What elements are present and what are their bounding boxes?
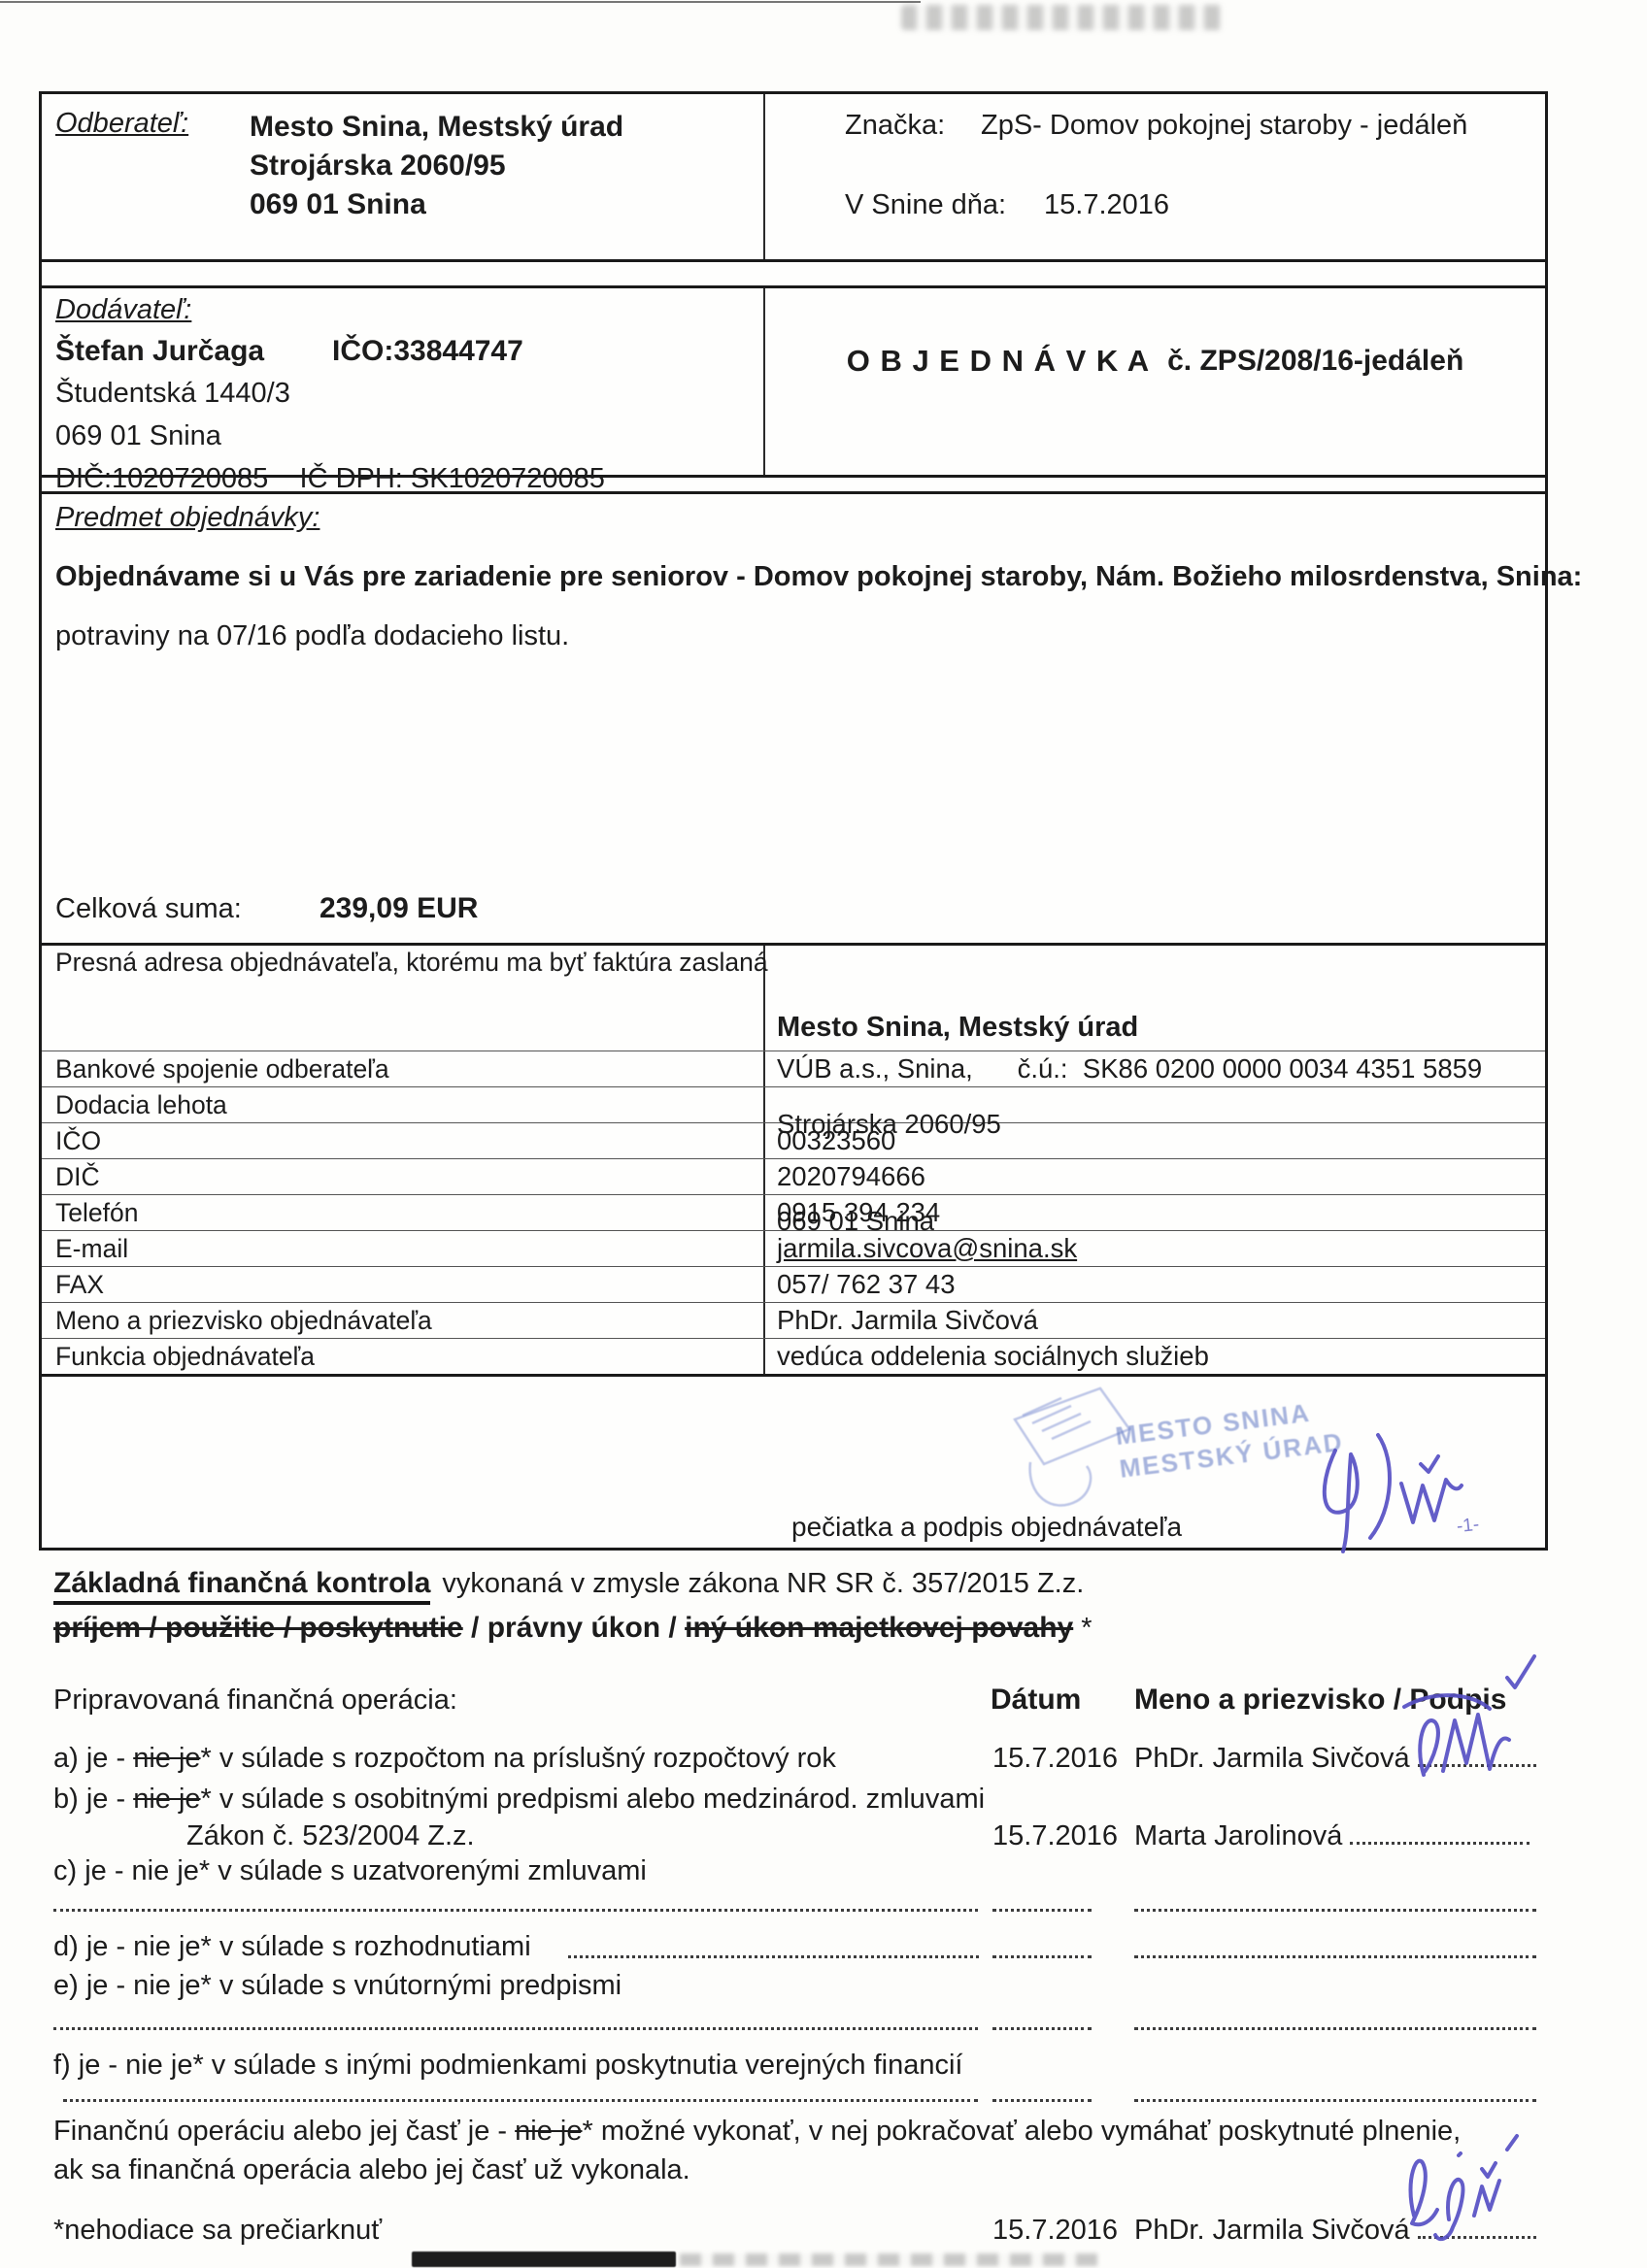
reference-cell: Značka: ZpS- Domov pokojnej staroby - je… (765, 94, 1545, 259)
total-label: Celková suma: (55, 893, 319, 925)
order-title-cell: O B J E D N Á V K A č. ZPS/208/16-jedále… (765, 288, 1545, 475)
order-title: O B J E D N Á V K A (847, 344, 1150, 379)
dotted-line (1134, 2099, 1536, 2102)
subject-label: Predmet objednávky: (55, 502, 319, 534)
signature-dotted-line (1350, 1838, 1529, 1845)
control-item-d: d) je - nie je* v súlade s rozhodnutiami (53, 1928, 531, 1965)
control-item-f: f) je - nie je* v súlade s inými podmien… (53, 2047, 962, 2084)
email-value: jarmila.sivcova@snina.sk (765, 1231, 1545, 1266)
dotted-line (992, 1955, 1092, 1958)
invoice-address-name: Mesto Snina, Mestský úrad (777, 1010, 1539, 1045)
control-item-a: a) je - nie je* v súlade s rozpočtom na … (53, 1740, 836, 1777)
table-row-ico: IČO 00323560 (42, 1123, 1545, 1159)
customer-label: Odberateľ: (55, 108, 188, 139)
scan-artifact-bottom-smudge (680, 2253, 1097, 2266)
table-row-orderer-function: Funkcia objednávateľa vedúca oddelenia s… (42, 1339, 1545, 1374)
table-row-invoice-address: Presná adresa objednávateľa, ktorému ma … (42, 946, 1545, 1051)
customer-name: Mesto Snina, Mestský úrad (250, 108, 623, 147)
table-row-phone: Telefón 0915 394 234 (42, 1195, 1545, 1231)
control-heading-rest: vykonaná v zmysle zákona NR SR č. 357/20… (442, 1568, 1084, 1599)
reference-label: Značka: (845, 108, 981, 143)
dotted-line (992, 2027, 1092, 2030)
table-row-email: E-mail jarmila.sivcova@snina.sk (42, 1231, 1545, 1267)
supplier-name: Štefan Jurčaga (55, 333, 332, 369)
sign-b-name: Marta Jarolinová (1134, 1818, 1529, 1854)
scan-artifact-bottom-bar (412, 2251, 676, 2267)
subject-line2: potraviny na 07/16 podľa dodacieho listu… (55, 620, 1531, 652)
customer-section: Odberateľ: Mesto Snina, Mestský úrad Str… (42, 94, 1545, 259)
supplier-label: Dodávateľ: (55, 294, 191, 325)
final-clause-line1: Finančnú operáciu alebo jej časť je - ni… (53, 2113, 1461, 2150)
supplier-ico: IČO:33844747 (332, 333, 523, 369)
dotted-line (992, 2099, 1092, 2102)
stamp-caption: pečiatka a podpis objednávateľa (791, 1512, 1182, 1543)
control-item-b-law: Zákon č. 523/2004 Z.z. (186, 1818, 475, 1854)
supplier-street: Študentská 1440/3 (55, 376, 754, 412)
double-rule (42, 259, 1545, 288)
table-row-fax: FAX 057/ 762 37 43 (42, 1267, 1545, 1303)
supplier-tax-ids: DIČ:1020720085 IČ DPH: SK1020720085 (55, 461, 754, 497)
total-value: 239,09 EUR (319, 892, 478, 925)
reference-value: ZpS- Domov pokojnej staroby - jedáleň (981, 108, 1467, 143)
signature-ink-bottom (1391, 2132, 1527, 2244)
control-heading: Základná finančná kontrolavykonaná v zmy… (53, 1565, 1084, 1602)
dotted-line (1134, 1909, 1536, 1912)
order-number: č. ZPS/208/16-jedáleň (1167, 345, 1463, 378)
control-item-c: c) je - nie je* v súlade s uzatvorenými … (53, 1852, 647, 1889)
table-row-orderer-name: Meno a priezvisko objednávateľa PhDr. Ja… (42, 1303, 1545, 1339)
sign-a-date: 15.7.2016 (992, 1740, 1118, 1777)
subject-section: Predmet objednávky: Objednávame si u Vás… (42, 494, 1545, 946)
dotted-line (53, 1909, 978, 1912)
order-form-frame: Odberateľ: Mesto Snina, Mestský úrad Str… (39, 91, 1548, 1551)
table-row-delivery: Dodacia lehota (42, 1087, 1545, 1123)
customer-street: Strojárska 2060/95 (250, 147, 623, 185)
dotted-line (1134, 2027, 1536, 2030)
table-row-bank: Bankové spojenie odberateľa VÚB a.s., Sn… (42, 1051, 1545, 1087)
dotted-line (63, 2099, 978, 2102)
dotted-line (1134, 1955, 1536, 1958)
supplier-cell: Dodávateľ: Štefan Jurčaga IČO:33844747 Š… (42, 288, 765, 475)
dotted-line (992, 1909, 1092, 1912)
customer-address: Mesto Snina, Mestský úrad Strojárska 206… (250, 108, 623, 259)
invoice-address-label: Presná adresa objednávateľa, ktorému ma … (42, 946, 765, 1051)
supplier-section: Dodávateľ: Štefan Jurčaga IČO:33844747 Š… (42, 288, 1545, 475)
footnote: *nehodiace sa prečiarknuť (53, 2212, 382, 2249)
scan-artifact-top-smudge (901, 5, 1222, 30)
total-row: Celková suma: 239,09 EUR (55, 892, 1531, 925)
control-item-e: e) je - nie je* v súlade s vnútornými pr… (53, 1967, 622, 2004)
column-header-date: Dátum (991, 1682, 1081, 1718)
final-clause-line2: ak sa finančná operácia alebo jej časť u… (53, 2151, 690, 2188)
prepared-operation-label: Pripravovaná finančná operácia: (53, 1682, 457, 1718)
control-operation-types: príjem / použitie / poskytnutie / právny… (53, 1610, 1092, 1647)
dotted-line (568, 1955, 979, 1958)
stamp-page-mark: -1- (1456, 1515, 1480, 1538)
date-value: 15.7.2016 (1044, 187, 1169, 222)
scan-artifact-top-line (0, 1, 921, 3)
stamp-signature-area: MESTO SNINA MESTSKÝ ÚRAD -1- pečiatka a … (42, 1377, 1545, 1548)
bottom-sign-date: 15.7.2016 (992, 2212, 1118, 2249)
customer-cell: Odberateľ: Mesto Snina, Mestský úrad Str… (42, 94, 765, 259)
scanned-order-document: { "header": { "customer_label": "Odberat… (0, 0, 1647, 2268)
table-row-dic: DIČ 2020794666 (42, 1159, 1545, 1195)
dotted-line (53, 2027, 978, 2030)
control-item-b: b) je - nie je* v súlade s osobitnými pr… (53, 1781, 985, 1818)
subject-line1: Objednávame si u Vás pre zariadenie pre … (55, 561, 1531, 593)
control-heading-title: Základná finančná kontrola (53, 1567, 430, 1605)
signature-ink-row-a (1396, 1685, 1547, 1792)
supplier-city: 069 01 Snina (55, 418, 754, 454)
details-table: Presná adresa objednávateľa, ktorému ma … (42, 946, 1545, 1377)
customer-city: 069 01 Snina (250, 185, 623, 224)
signature-ink-stamp (1306, 1427, 1476, 1553)
date-label: V Snine dňa: (845, 187, 1044, 222)
sign-b-date: 15.7.2016 (992, 1818, 1118, 1854)
